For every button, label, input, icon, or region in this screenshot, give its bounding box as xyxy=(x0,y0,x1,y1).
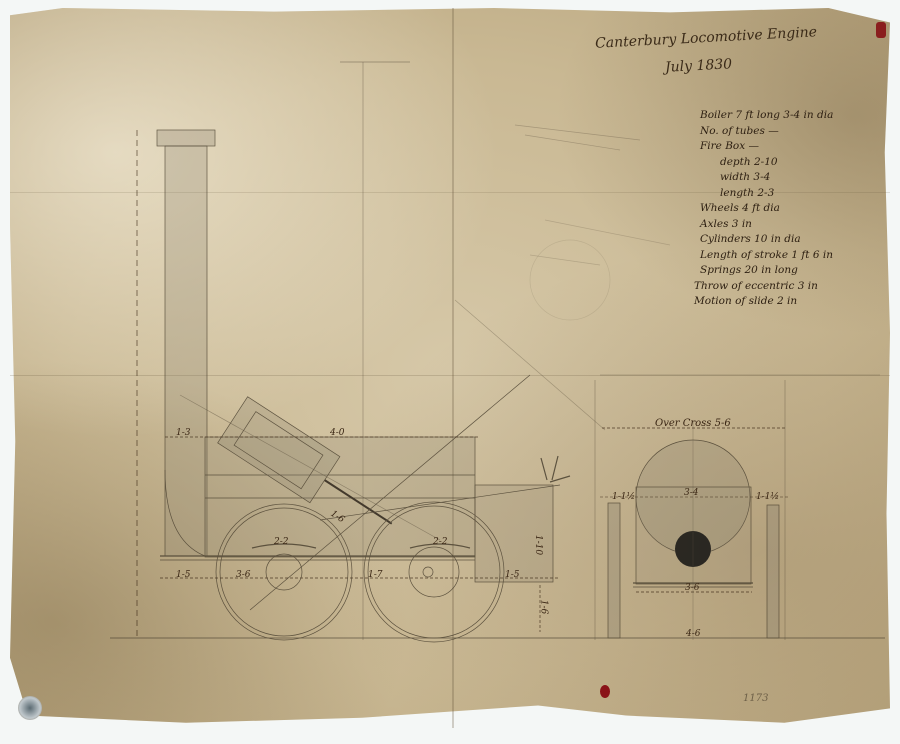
dim-bottom-right: 1-5 xyxy=(505,570,520,580)
dim-left-offset: 1-1½ xyxy=(612,492,635,502)
dim-top-middle: 4-0 xyxy=(330,428,345,438)
note-line: Wheels 4 ft dia xyxy=(700,201,880,217)
note-line: length 2-3 xyxy=(700,186,880,202)
archive-seal xyxy=(18,696,42,720)
pencil-note: 1173 xyxy=(743,693,768,704)
note-line: No. of tubes — xyxy=(700,124,880,140)
dim-bottom-mid1: 3-6 xyxy=(236,570,251,580)
dim-overall-width: Over Cross 5-6 xyxy=(655,418,731,429)
note-line: Springs 20 in long xyxy=(700,263,880,279)
note-line: Length of stroke 1 ft 6 in xyxy=(700,248,880,264)
note-line: Fire Box — xyxy=(700,139,880,155)
specification-notes: Boiler 7 ft long 3-4 in dia No. of tubes… xyxy=(700,108,880,310)
dim-frame-width: 3-6 xyxy=(685,583,700,593)
note-line: Axles 3 in xyxy=(700,217,880,233)
dim-right-offset: 1-1½ xyxy=(756,492,779,502)
dim-bottom-mid2: 1-7 xyxy=(368,570,383,580)
dim-spring-2: 2-2 xyxy=(433,537,448,547)
dim-gauge: 4-6 xyxy=(686,629,701,639)
dim-height-marker: 1-6 xyxy=(538,600,548,615)
note-line: depth 2-10 xyxy=(700,155,880,171)
dim-top-left: 1-3 xyxy=(176,428,191,438)
dim-right-vertical: 1-10 xyxy=(533,535,543,555)
red-wax-stamp xyxy=(600,685,610,698)
dim-spring-1: 2-2 xyxy=(274,537,289,547)
note-line: Boiler 7 ft long 3-4 in dia xyxy=(700,108,880,124)
note-line: Throw of eccentric 3 in xyxy=(694,279,880,295)
corner-red-mark xyxy=(876,22,886,38)
note-line: Motion of slide 2 in xyxy=(694,294,880,310)
note-line: Cylinders 10 in dia xyxy=(700,232,880,248)
note-line: width 3-4 xyxy=(700,170,880,186)
dim-bottom-left: 1-5 xyxy=(176,570,191,580)
dim-boiler-dia: 3-4 xyxy=(684,488,699,498)
